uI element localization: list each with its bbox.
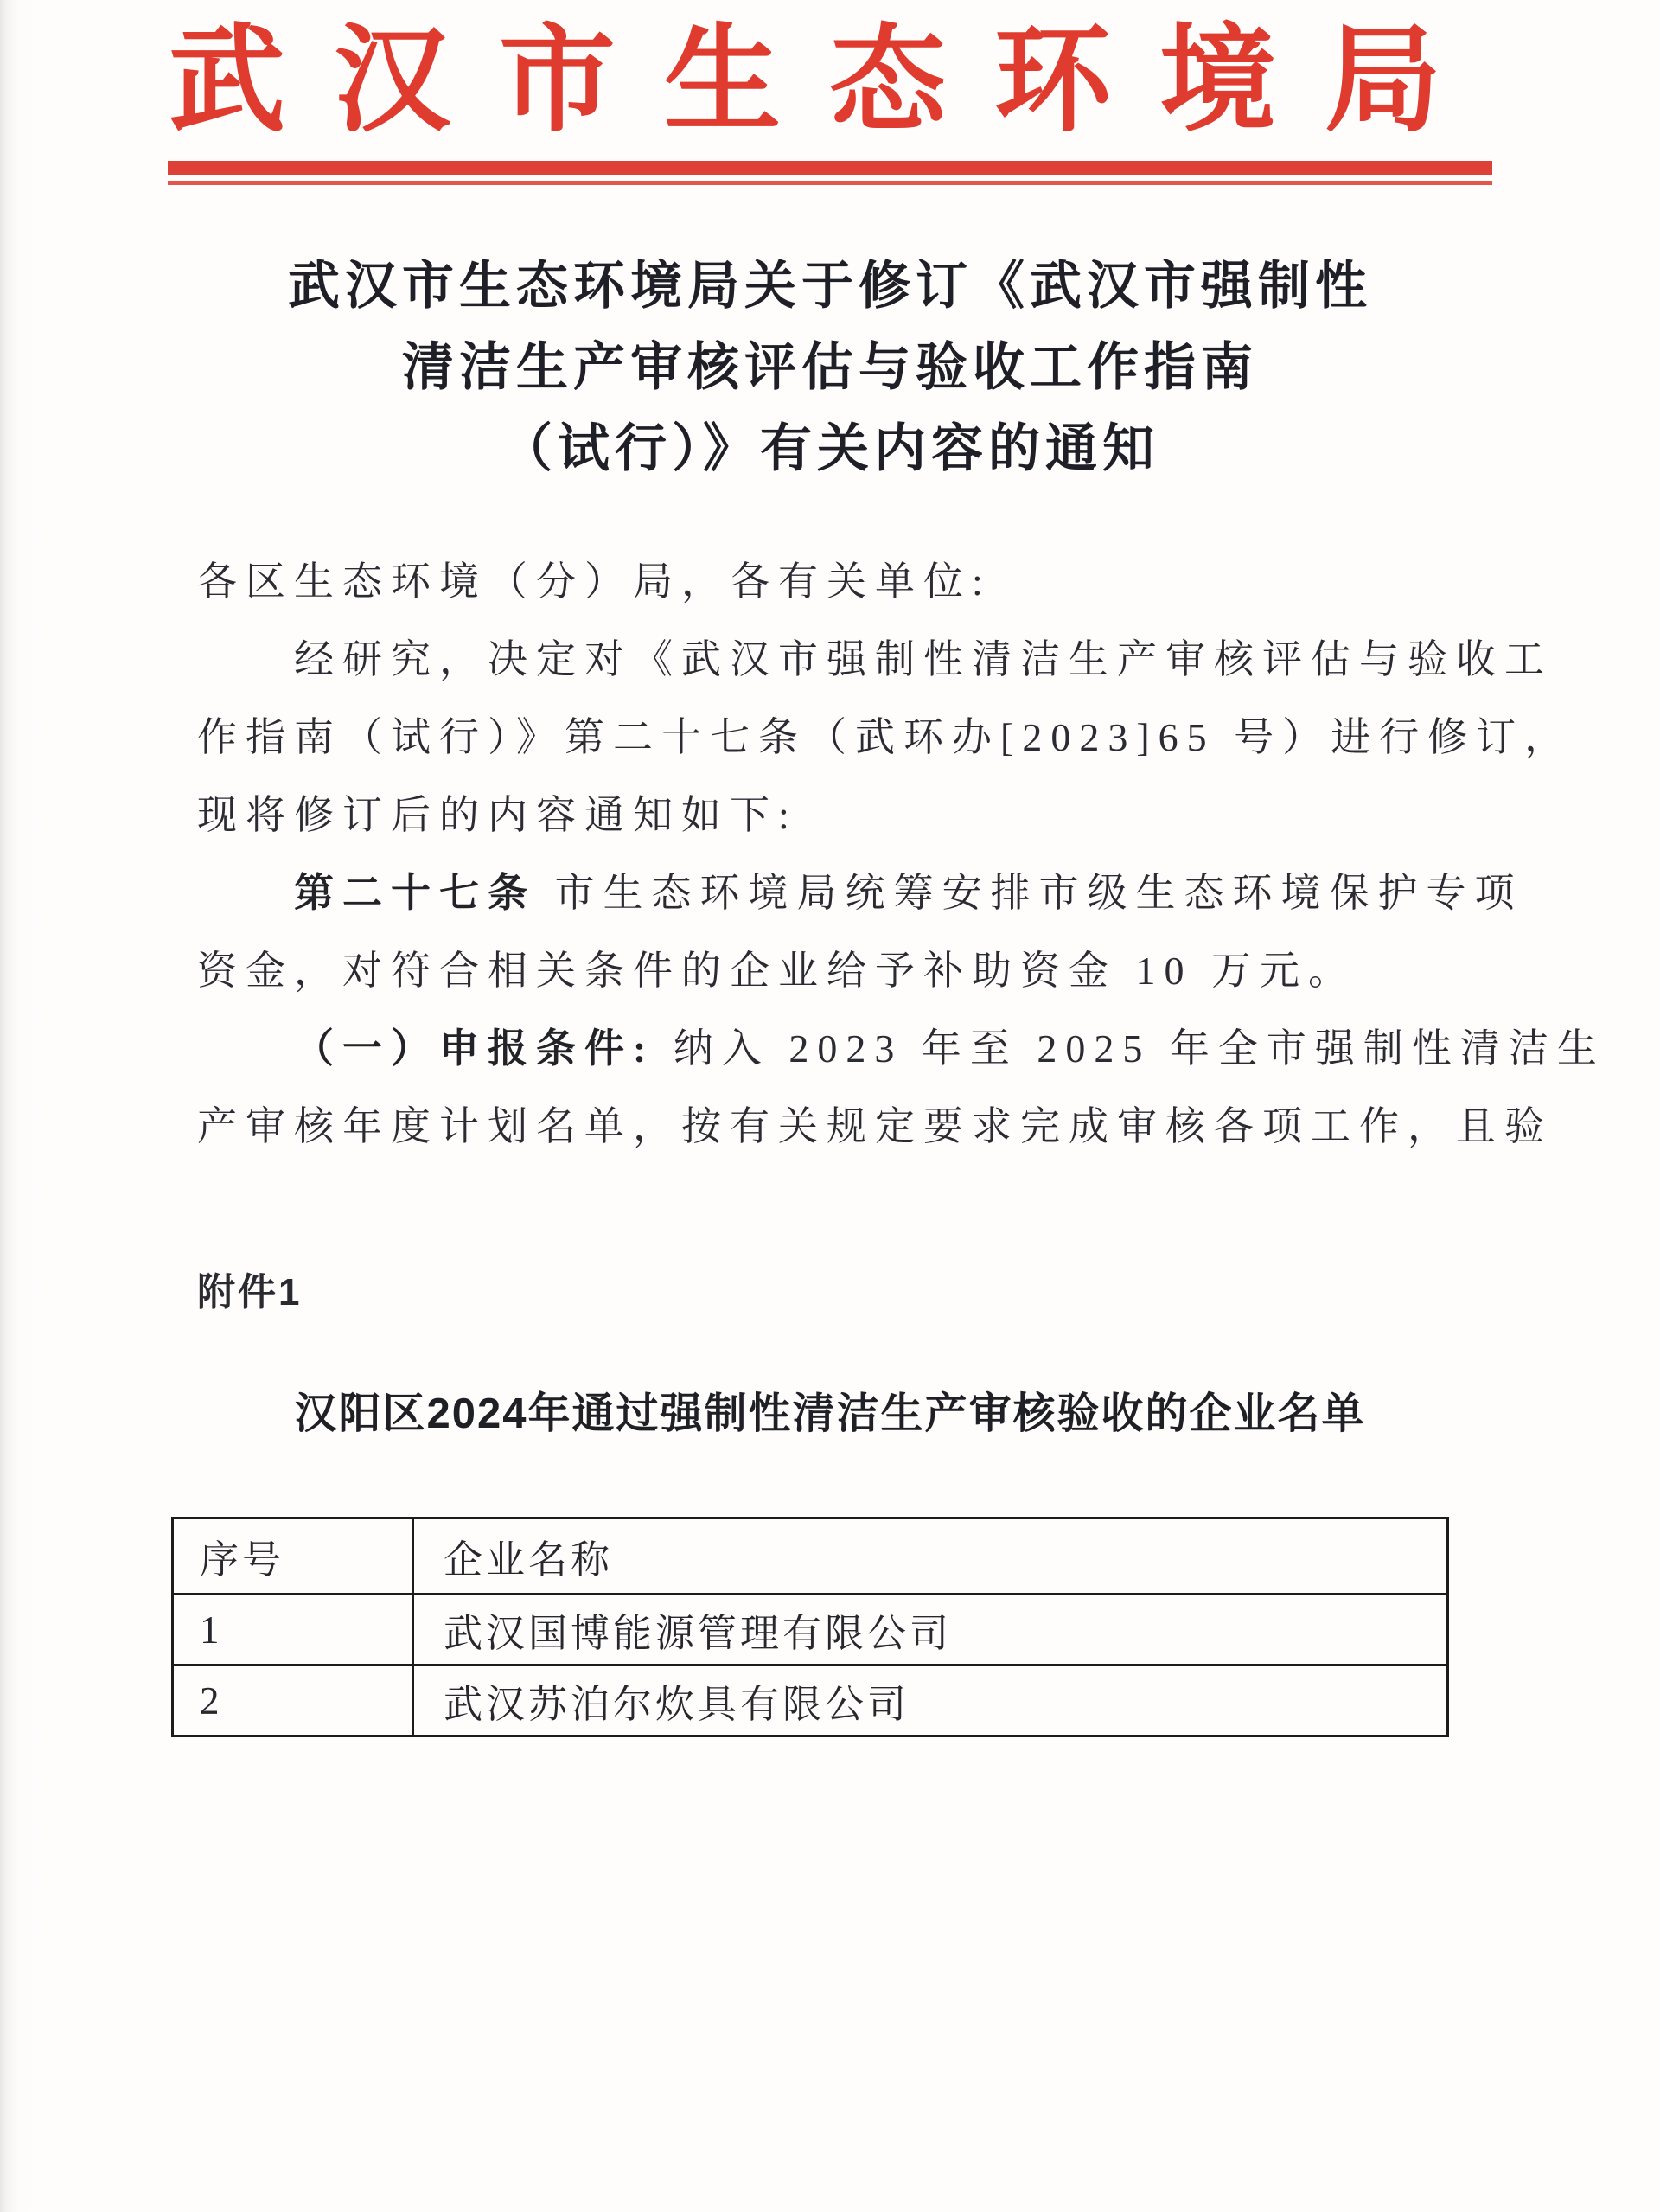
document-title: 武汉市生态环境局关于修订《武汉市强制性 清洁生产审核评估与验收工作指南 （试行）… [0, 246, 1660, 489]
table-header-no: 序号 [173, 1518, 413, 1595]
document-page: 武汉市生态环境局 武汉市生态环境局关于修订《武汉市强制性 清洁生产审核评估与验收… [0, 0, 1660, 2212]
agency-masthead-title: 武汉市生态环境局 [169, 14, 1491, 150]
table-cell-company-name: 武汉国博能源管理有限公司 [413, 1595, 1448, 1665]
document-title-line-1: 武汉市生态环境局关于修订《武汉市强制性 [0, 246, 1660, 327]
body-line: 产审核年度计划名单，按有关规定要求完成审核各项工作，且验 [197, 1088, 1485, 1166]
masthead-divider [168, 161, 1492, 185]
divider-thick-line [168, 161, 1492, 175]
divider-thin-line [168, 181, 1492, 185]
body-line: 经研究，决定对《武汉市强制性清洁生产审核评估与验收工 [197, 621, 1485, 699]
body-line-conditions: （一）申报条件: 纳入 2023 年至 2025 年全市强制性清洁生 [197, 1010, 1485, 1088]
document-title-line-2: 清洁生产审核评估与验收工作指南 [0, 327, 1660, 408]
table-header-company-name: 企业名称 [413, 1518, 1448, 1595]
table-row: 1 武汉国博能源管理有限公司 [173, 1595, 1448, 1665]
attachment-label: 附件1 [197, 1261, 302, 1316]
company-list-title: 汉阳区2024年通过强制性清洁生产审核验收的企业名单 [0, 1380, 1660, 1441]
document-body: 各区生态环境（分）局，各有关单位: 经研究，决定对《武汉市强制性清洁生产审核评估… [197, 543, 1485, 1166]
table-row: 2 武汉苏泊尔炊具有限公司 [173, 1665, 1448, 1736]
body-line-article-27: 第二十七条 市生态环境局统筹安排市级生态环境保护专项 [197, 854, 1485, 932]
table-cell-no: 1 [173, 1595, 413, 1665]
body-line: 资金，对符合相关条件的企业给予补助资金 10 万元。 [197, 932, 1485, 1010]
body-line: 作指南（试行）》第二十七条（武环办[2023]65 号）进行修订， [197, 699, 1485, 777]
body-line: 现将修订后的内容通知如下: [197, 777, 1485, 854]
company-table: 序号 企业名称 1 武汉国博能源管理有限公司 2 武汉苏泊尔炊具有限公司 [171, 1517, 1449, 1737]
table-cell-company-name: 武汉苏泊尔炊具有限公司 [413, 1665, 1448, 1736]
table-header-row: 序号 企业名称 [173, 1518, 1448, 1595]
body-line-salutation: 各区生态环境（分）局，各有关单位: [197, 543, 1485, 621]
table-cell-no: 2 [173, 1665, 413, 1736]
document-title-line-3: （试行）》有关内容的通知 [0, 408, 1660, 489]
